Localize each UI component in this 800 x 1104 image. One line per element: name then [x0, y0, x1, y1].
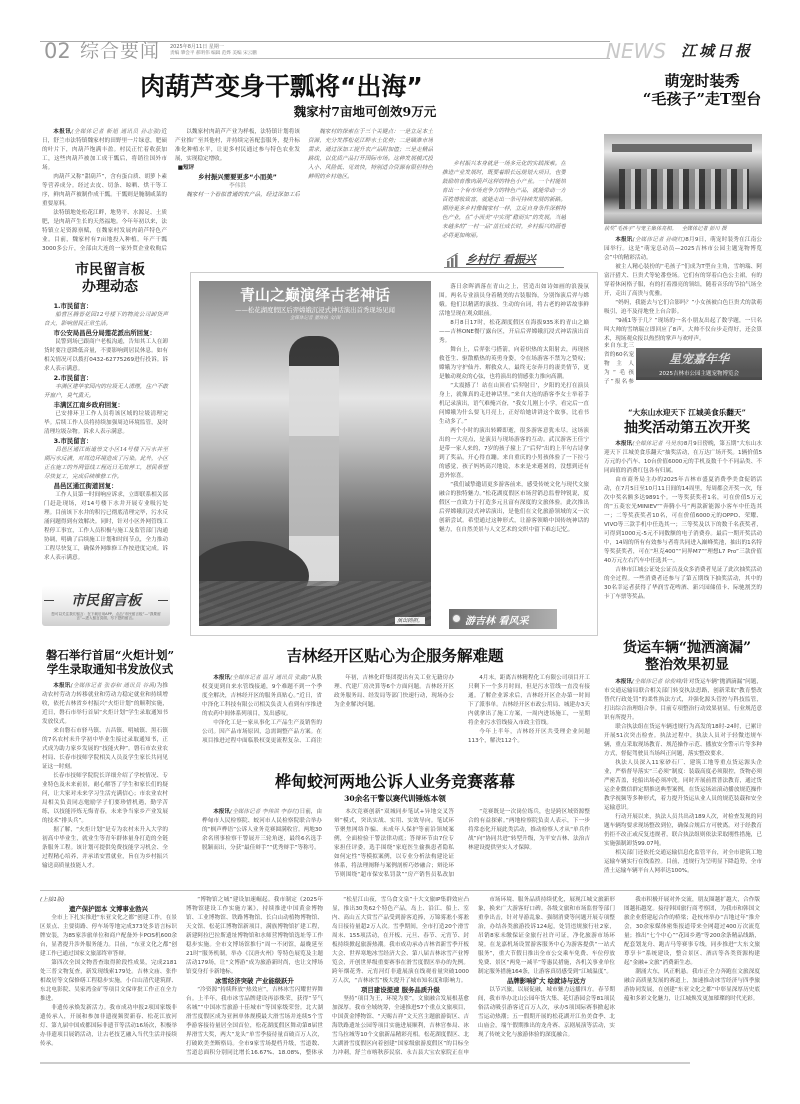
- lead-col-1: 本报讯(全媒体记者 靳旭 通讯员 孙志强)近日，舒兰市法特镇魏家村的田野里一片绿…: [42, 128, 167, 254]
- myth-story: 青山之巅演绎古老神话 ——松花湖度假区后羿嫦娥沉浸式神话演出首秀现场见闻 全媒体…: [190, 272, 598, 636]
- commentary-paragraph: 魏家村一个看似普通的农产品，经过深加工后将远销海外，7亩地年可创造收益9万元，生…: [175, 191, 300, 200]
- continued-subhead: 冰雪经济突破 产业能级跃升: [186, 977, 323, 986]
- freight-headline-1: 货运车辆“抛洒滴漏”: [604, 640, 770, 657]
- continued-story: (上接1版) 遗产保护固本 文博事业勃兴 全市上下扎实推进“东亚文化之都”创建工…: [40, 896, 760, 1056]
- pet-photo-caption: 获奖“毛孩子”与宠主集体亮相。 全媒体记者 彭川 摄: [604, 225, 800, 234]
- myth-paragraph: 8月8日17时，松花湖度假区在海拔935米的青山之巅——吉林ONE餐厅露台区，开…: [439, 319, 589, 346]
- continued-col-1: (上接1版) 遗产保护固本 文博事业勃兴 全市上下扎实推进“东亚文化之都”创建工…: [40, 896, 177, 1056]
- section-title: 综合要闻: [80, 40, 160, 62]
- lead-col-4: 乡村振兴本身就是一场多元化的实践探索。在推进产业发展时，既要着眼长远规划大项目，…: [442, 160, 566, 250]
- freight-paragraph: 联合执法组在货运车辆违规行为高发的18时-24时，已累计开展51次突击检查。执法…: [604, 723, 762, 759]
- prosecutor-byline: (全媒体记者 李伟洪 李春红): [230, 809, 300, 815]
- commentary-author: 李伟洪: [175, 182, 300, 191]
- message-label: 1.市民留言：: [44, 302, 168, 311]
- continued-paragraph: 以节兴旅，以展促融，城市魅力远播四方。春节期间，我市举办北山公园年货大集、花灯游…: [478, 986, 615, 1040]
- message-text: 船营区腾晋花园12号楼下的物流公司卸货声音大，影响居民正常生活。: [44, 311, 168, 329]
- pet-paragraph: 来自东北三省的60名宠物主人为“毛孩子”报名参加这次活动。还有很多现场观众积极带…: [604, 342, 634, 387]
- enterprise-col-3: 4月末，距离吉林精程化工有限公司项目开工只剩下一个多月时间，但是污水管线一直没有…: [468, 674, 590, 746]
- banner-title: 游吉林 看风采: [465, 612, 528, 627]
- reply-text: 民警到场已跟商户老板沟通，告知其工人在卸货时要注意降低音量，不要影响到居民休息。…: [44, 338, 168, 374]
- myth-paragraph: “太震撼了！站在山顶看‘后羿射日’，夕阳的光打在演员身上，就像真的走进神话里。”…: [439, 382, 589, 427]
- torch-headline-1: 磐石举行首届“火炬计划”: [40, 648, 180, 662]
- continued-paragraph: 潮涌大东，风正帆悬。我市正全力奔跑在文旅深度融合高质量发展的赛道上，加速推动冰雪…: [624, 968, 760, 1004]
- pet-show-photo: [604, 134, 762, 224]
- pet-expo-banner: 星宠嘉年华 2025吉林市公园主题宠物博览会: [636, 348, 762, 380]
- prosecutor-col-3: “竞赛既是一次岗位练兵，也是跨区域资源整合的有益探索。”两地检察院负责人表示，下…: [468, 808, 590, 880]
- pet-headline-1: 萌宠时装秀: [604, 72, 800, 90]
- continued-paragraph: 坚持“项目为王，环境为要”，文旅融合发展根基愈加深厚。我市全域统筹，全速推进57…: [332, 995, 469, 1056]
- myth-performance-photo: 青山之巅演绎古老神话 ——松花湖度假区后羿嫦娥沉浸式神话演出首秀现场见闻 全媒体…: [199, 281, 431, 626]
- continued-from-note: (上接1版): [40, 896, 177, 905]
- continued-paragraph: “冷资源”持续释放“热效应”，吉林冰雪闪耀世界舞台。上半年，我市冰雪品牌建设再添…: [186, 986, 323, 1056]
- lottery-story: “大东山水迎天下 江城美食乐翻天” 抽奖活动第五次开奖 本报讯(全媒体记者 马昊…: [604, 400, 800, 625]
- performer-figure: [289, 336, 339, 586]
- lead-paragraph: 肉葫芦又称“甜葫芦”，含有蛋白质、胡萝卜素等营养成分。经过去皮、切条、晾晒、烘干…: [42, 173, 167, 209]
- citizen-board: 市民留言板 办理动态 1.市民留言： 船营区腾晋花园12号楼下的物流公司卸货声音…: [40, 262, 180, 632]
- continued-subhead: 遗产保护固本 文博事业勃兴: [40, 905, 177, 914]
- board-banner: 市民留言板 您可以关注我们留言：在下载后用APP，点击“市民留言板”—“我要留言…: [42, 586, 170, 626]
- torch-headline-2: 学生录取通知书发放仪式: [40, 662, 180, 676]
- news-logo: NEWS: [606, 40, 666, 62]
- lottery-dateline: 本报讯: [615, 441, 632, 447]
- lead-subheadline: 魏家村7亩地可创效9万元: [265, 104, 465, 120]
- masthead: 02 综合要闻 2025年8月11日 星期一 责编 肇会平 郝明伟 编辑 范烨 …: [0, 0, 800, 56]
- pet-paragraph: “9减1等于几？”现场的一名小朋友出起了数学题，一只名叫大帅的雪纳瑞立即回应了8…: [604, 317, 762, 344]
- commentary-paragraph: 魏家村的探索在于三个关键点：一是立足本土资源，充分发挥松花江畔水土优势；二是瞄准…: [308, 128, 433, 227]
- photo-credit: 全媒体记者 彭川 摄: [682, 226, 727, 232]
- lead-story: 肉葫芦变身干瓢将“出海” 魏家村7亩地可创效9万元 本报讯(全媒体记者 靳旭 通…: [40, 62, 600, 262]
- pet-body: 本报讯(全媒体记者 孙晓红)8月9日，萌宠时装秀在江南公园举行。这是“萌宠总动员…: [604, 236, 762, 344]
- column-banner: 乡村行 看振兴: [444, 250, 564, 268]
- freight-byline: (全媒体记者 徐俊峰): [632, 679, 683, 685]
- continued-col-5: 我市积极开展对外交流，朋友圈越扩越大，合作版图越拓越宽。接待韩国旅行商考察团，为…: [624, 896, 760, 1056]
- reply-label: 丰满区江南乡政府回复：: [44, 401, 168, 410]
- torch-paragraph: 来自磐石市驿马镇、吉昌镇、明城镇、黑石镇的7名农村未升学初中毕业生接过录取通知书…: [42, 727, 168, 772]
- freight-dateline: 本报讯: [615, 679, 632, 685]
- commentary-paragraph: 乡村振兴本身就是一场多元化的实践探索。在推进产业发展时，既要着眼长远规划大项目，…: [442, 160, 566, 250]
- freight-story: 货运车辆“抛洒滴漏” 整治效果初显 本报讯(全媒体记者 徐俊峰)针对货运车辆“抛…: [604, 630, 800, 885]
- section-divider: [40, 890, 760, 891]
- photo-caption: 演出剧照。: [395, 617, 425, 624]
- pet-paragraph: “妈妈，我能去与它们合影吗？”小女孩被白色巨贵犬的款萌吸引，迫不及待地登上台合影…: [604, 299, 762, 317]
- board-headline-1: 市民留言板: [40, 262, 180, 279]
- pet-byline: (全媒体记者 孙晓红): [633, 237, 686, 243]
- myth-paragraph: “我们诚挚邀请更多游客前来，感受传统文化与现代文旅融合的独特魅力。”松花湖度假区…: [439, 481, 589, 535]
- torch-paragraph: 长春市技师学院院长详细介绍了学校情况、专业特色及未来前景，耐心解答了学生和家长们…: [42, 772, 168, 826]
- freight-paragraph: 针对货运车辆“抛洒滴漏”问题，市交通运输局联合相关部门转变执法思路，创新采取“教…: [604, 679, 762, 721]
- reply-label: 市公安局昌邑分局莲花派出所回复：: [44, 329, 168, 338]
- enterprise-dateline: 本报讯: [213, 675, 230, 681]
- freight-headline-2: 整治效果初显: [604, 657, 770, 674]
- reply-text: 工作人员第一时间响应诉求，立即联系相关部门赶赴现场，对14号楼下水井开展专业吸污…: [44, 491, 168, 563]
- prosecutor-paragraph: “竞赛既是一次岗位练兵，也是跨区域资源整合的有益探索。”两地检察院负责人表示，下…: [468, 808, 590, 853]
- lottery-body: 本报讯(全媒体记者 马昊东)8月9日傍晚，第五期“大东山水迎天下 江城美食乐翻天…: [604, 440, 762, 602]
- myth-body: 落日余晖洒落在青山之上，营造出如诗如画的浪漫氛围。两名专业演员身着精美的古装服饰…: [439, 283, 589, 535]
- banner-subtitle: 2025吉林市公园主题宠物博览会: [636, 369, 762, 377]
- continued-paragraph: 非遗传承焕发新活力。我市成功申报2项国家级非遗传承人，开展和参加非遗视频贺新春、…: [40, 1004, 177, 1049]
- continued-col-4: 市场环境、服务品质持续优化，展现江城文旅新形象，换来广大游客好口碑。各级文旅和市…: [478, 896, 615, 1056]
- flower-icon: [452, 614, 461, 623]
- lottery-paragraph: 由市商务局主办的2025年吉林市盛夏消费季美食促销活动，在7月5日至10月11日…: [604, 476, 762, 566]
- enterprise-byline: (全媒体记者 温月 通讯员 张鑫): [230, 675, 308, 681]
- prosecutor-headline: 桦甸蛟河两地公诉人业务竞赛落幕: [190, 772, 600, 792]
- lead-paragraph: 法特镇地处松花江畔，地势平、水源足、土质肥，是肉葫芦生长的天然福地。今年年初以来…: [42, 209, 167, 254]
- commentary-title: 乡村振兴需要更多“小而美”: [175, 173, 300, 182]
- enterprise-col-1: 本报讯(全媒体记者 温月 通讯员 张鑫)“从股权变更到自来水管线接通，9个难题不…: [202, 674, 322, 746]
- continued-subhead: 项目建设提速 服务品质升级: [332, 986, 469, 995]
- issue-date: 2025年8月11日 星期一: [170, 44, 224, 51]
- freight-body: 本报讯(全媒体记者 徐俊峰)针对货运车辆“抛洒滴漏”问题，市交通运输局联合相关部…: [604, 678, 762, 883]
- lead-col-2: 以魏家村肉葫芦产业为样板，法特镇计划将该产业推广至其他村，并持续完善配套服务，提…: [175, 128, 300, 200]
- prosecutor-story: 桦甸蛟河两地公诉人业务竞赛落幕 30余名干警以赛代训锤炼本领 本报讯(全媒体记者…: [190, 762, 600, 887]
- myth-headline: 青山之巅演绎古老神话: [199, 286, 431, 304]
- editor-credits: 责编 肇会平 郝明伟 编辑 范烨 美编 宋云鹏: [170, 51, 257, 57]
- lottery-byline: (全媒体记者 马昊东): [632, 441, 684, 447]
- freight-paragraph: 相关部门还依托交通运输信息化监管平台，对全市建筑工地运输车辆实行在线监控。目前，…: [604, 849, 762, 876]
- enterprise-paragraph: 今年上半年，吉林经开区共受理企业问题113个，解决112个。: [468, 728, 590, 746]
- myth-paragraph: 落日余晖洒落在青山之上，营造出如诗如画的浪漫氛围。两名专业演员身着精美的古装服饰…: [439, 283, 589, 319]
- lottery-paragraph: 吉林市江城公证处公证员及众多消费者见证了此次抽奖活动的全过程。一些消费者还参与了…: [604, 566, 762, 602]
- myth-paragraph: 舞台上，后羿张弓搭箭，向着炽热的太阳射去，再现拯救苍生、驱散酷热的英勇身姿，令在…: [439, 346, 589, 382]
- continued-paragraph: 全市上下扎实推进“东亚文化之都”创建工作，在景区景点、主要街路、停车场等地完成3…: [40, 914, 177, 959]
- prosecutor-dateline: 本报讯: [213, 809, 230, 815]
- lottery-kicker: “大东山水迎天下 江城美食乐翻天”: [604, 408, 770, 418]
- continued-paragraph: 市场环境、服务品质持续优化，展现江城文旅新形象，换来广大游客好口碑。各级文旅和市…: [478, 896, 615, 977]
- continued-col-3: “松星江山夜，雪乌食文泉”十大文旅IP集群效应凸显，推出30类62个特色产品，岛…: [332, 896, 469, 1056]
- continued-paragraph: “松星江山夜，雪乌食文泉”十大文旅IP集群效应凸显，推出30类62个特色产品，岛…: [332, 896, 469, 986]
- stage-roof: [612, 144, 752, 152]
- torch-byline: (全媒体记者 张春和 通讯员 谷禹): [71, 683, 157, 689]
- continued-col-2: “博物馆之城”建设加速崛起。我市制定《2025年博物馆建设工作实施方案》，持续推…: [186, 896, 323, 1056]
- reply-label: 昌邑区通江街道回复：: [44, 482, 168, 491]
- prosecutor-col-2: 本次竞赛创新“双城同步笔试+异地交叉答辩”模式，突出实战、实用、实效导向。笔试环…: [334, 808, 454, 880]
- paper-name-logo: 江城日报: [681, 42, 753, 60]
- torch-paragraph: 据了解，“火炬计划”是专为农村未升入大学的初高中毕业生，就业生等青年群体量身打造…: [42, 826, 168, 871]
- continued-paragraph: 第四次全国文物普查取得阶段性成果，完成2181处三普文物复查，新发现线索179处…: [40, 959, 177, 1004]
- banner-note: 您可以关注我们留言：在下载后用APP，点击“市民留言板”—“我要留言”—进入留言…: [50, 612, 162, 625]
- caption-text: 获奖“毛孩子”与宠主集体亮相。: [604, 226, 677, 232]
- lead-paragraph: 以魏家村肉葫芦产业为样板，法特镇计划将该产业推广至其他村，并持续完善配套服务，提…: [175, 128, 300, 162]
- travel-banner: 游吉林 看风采: [449, 609, 557, 629]
- enterprise-paragraph: “从股权变更到自来水管线接通，9个难题不到一个季度全解决，吉林经开区的服务真贴心…: [202, 675, 322, 717]
- pet-story: 萌宠时装秀 “毛孩子”走T型台 获奖“毛孩子”与宠主集体亮相。 全媒体记者 彭川…: [604, 62, 800, 392]
- enterprise-story: 吉林经开区贴心为企服务解难题 本报讯(全媒体记者 温月 通讯员 张鑫)“从股权变…: [190, 642, 600, 762]
- masthead-rule-under: [170, 58, 610, 59]
- torch-paragraph: 为推动农村劳动力转移就业和劳动力稳定就业和持续增收，依托吉林省乡村振兴“火炬计划…: [42, 683, 168, 725]
- enterprise-paragraph: 中泽化工是一家从事化工产品生产及销售的公司。因产品市场原因，急需调整产品方案。在…: [202, 719, 322, 746]
- board-headline-2: 办理动态: [40, 279, 180, 296]
- lead-story-dateline: 本报讯: [53, 129, 71, 135]
- bar-chart-icon: [446, 252, 460, 266]
- pet-body-end: 来自东北三省的60名宠物主人为“毛孩子”报名参加这次活动。还有很多现场观众积极带…: [604, 342, 634, 387]
- lead-headline: 肉葫芦变身干瓢将“出海”: [140, 72, 460, 102]
- myth-paragraph: 两个小时的演出转瞬即逝，很多游客意犹未尽。这场演出的一大亮点，是演员与现场游客的…: [439, 427, 589, 481]
- torch-story: 磐石举行首届“火炬计划” 学生录取通知书发放仪式 本报讯(全媒体记者 张春和 通…: [40, 640, 180, 885]
- pet-paragraph: 被主人精心装扮的“毛孩子”们成为T型台主角，雪纳瑞、阿富汗猎犬、巨贵犬等轮番登场…: [604, 263, 762, 299]
- prosecutor-subheadline: 30余名干警以赛代训锤炼本领: [190, 794, 600, 804]
- enterprise-col-2: 年初，吉林化纤集团提出有关工业无籍房办理、代建厂房决算等6个方面问题。吉林经开区…: [334, 674, 454, 746]
- message-label: 2.市民留言：: [44, 374, 168, 383]
- pet-headline-2: “毛孩子”走T型台: [604, 90, 800, 108]
- footer-rule: [40, 1062, 690, 1064]
- continued-subhead: 品牌影响扩大 绘就诗与远方: [478, 977, 615, 986]
- banner-line-left: [44, 600, 54, 601]
- commentary-tag: ■短评: [175, 164, 300, 173]
- continued-paragraph: “博物馆之城”建设加速崛起。我市制定《2025年博物馆建设工作实施方案》，持续推…: [186, 896, 323, 977]
- banner-title: 星宠嘉年华: [640, 350, 758, 367]
- enterprise-headline: 吉林经开区贴心为企服务解难题: [190, 646, 600, 665]
- myth-byline: 全媒体记者 董常扬 文/图: [199, 315, 431, 321]
- torch-dateline: 本报讯: [53, 683, 70, 689]
- prosecutor-paragraph: 日前，由桦甸市人民检察院、蛟河市人民检察院联合举办的“枫声桦语”公诉人业务竞赛圆…: [202, 809, 322, 851]
- message-label: 3.市民留言：: [44, 437, 168, 446]
- freight-paragraph: 执法人员深入11家砂石厂、建筑工地等重点货运源头企业，严格督导落实“三必须”制度…: [604, 759, 762, 813]
- banner-title: 市民留言板: [54, 590, 158, 610]
- lead-paragraph: 近日，舒兰市法特镇魏家村的田野里一片绿意，肥硕的叶片下，肉葫芦饱满丰盈。村民正忙…: [42, 129, 167, 171]
- people-group: [619, 169, 749, 209]
- banner-line-right: [158, 600, 168, 601]
- board-items: 1.市民留言： 船营区腾晋花园12号楼下的物流公司卸货声音大，影响居民正常生活。…: [44, 302, 168, 563]
- message-text: 丰满区建华家园内的垃圾无人清理，住户不敢开窗户，臭气熏天。: [44, 383, 168, 401]
- prosecutor-col-1: 本报讯(全媒体记者 李伟洪 李春红)日前，由桦甸市人民检察院、蛟河市人民检察院联…: [202, 808, 322, 880]
- prosecutor-paragraph: 本次竞赛创新“双城同步笔试+异地交叉答辩”模式，突出实战、实用、实效导向。笔试环…: [334, 808, 454, 880]
- lead-story-byline: (全媒体记者 靳旭 通讯员 孙志强): [71, 129, 161, 135]
- lottery-headline: 抽奖活动第五次开奖: [604, 420, 770, 437]
- message-text: 昌邑区通江街道崇文小区14号楼下污水井至期污水反满，对周边环境造成了污染。此外，…: [44, 446, 168, 482]
- freight-paragraph: 行动开展以来，执法人员共出动189人次，对检查发现的问题车辆均要求现场整改到位，…: [604, 813, 762, 849]
- reply-text: 已安排环卫工作人员将该区域的垃圾清理完毕。后续工作人员将持续加强周边环境监管，及…: [44, 410, 168, 437]
- enterprise-paragraph: 4月末，距离吉林精程化工有限公司项目开工只剩下一个多月时间，但是污水管线一直没有…: [468, 674, 590, 728]
- myth-subheadline: ——松花湖度假区后羿嫦娥沉浸式神话演出首秀现场见闻: [199, 305, 431, 314]
- page-number: 02: [44, 40, 71, 62]
- pet-dateline: 本报讯: [615, 237, 632, 243]
- column-banner-title: 乡村行 看振兴: [466, 251, 536, 267]
- enterprise-paragraph: 年初，吉林化纤集团提出有关工业无籍房办理、代建厂房决算等6个方面问题。吉林经开区…: [334, 674, 454, 710]
- lead-col-3: 魏家村的探索在于三个关键点：一是立足本土资源，充分发挥松花江畔水土优势；二是瞄准…: [308, 128, 433, 227]
- torch-body: 本报讯(全媒体记者 张春和 通讯员 谷禹)为推动农村劳动力转移就业和劳动力稳定就…: [42, 682, 168, 871]
- continued-paragraph: 我市积极开展对外交流，朋友圈越扩越大，合作版图越拓越宽。接待韩国旅行商考察团，为…: [624, 896, 760, 968]
